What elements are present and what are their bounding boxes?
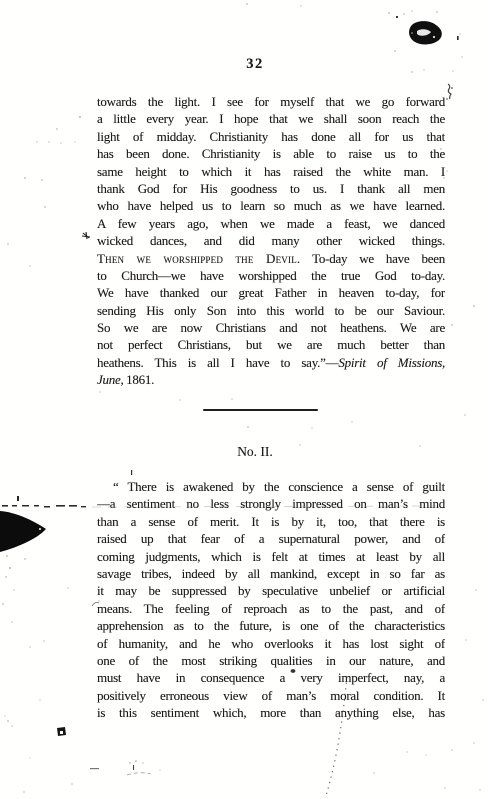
text-line: Then we worshipped the Devil. To-day we … bbox=[97, 250, 445, 267]
text-segment: “ There is awakened by the conscience a … bbox=[113, 479, 445, 494]
small-caps-text: Then we worshipped the Devil. bbox=[97, 251, 300, 266]
text-segment: wicked dances, and did many other wicked… bbox=[97, 233, 445, 248]
text-segment: one of the most striking qualities in ou… bbox=[97, 653, 445, 668]
text-segment: So we are now Christians and not heathen… bbox=[97, 320, 445, 335]
text-line: A few years ago, when we made a feast, w… bbox=[97, 215, 445, 232]
text-line: not perfect Christians, but we are much … bbox=[97, 336, 445, 353]
text-segment: same height to which it has raised the w… bbox=[97, 164, 445, 179]
italic-citation-text: Spirit of Missions, bbox=[338, 355, 445, 370]
text-line: to Church—we have worshipped the true Go… bbox=[97, 267, 445, 284]
text-segment: heathens. This is all I have to say.”— bbox=[97, 355, 338, 370]
text-line: is this sentiment which, more than anyth… bbox=[97, 704, 445, 721]
text-segment: To-day we have been bbox=[300, 251, 445, 266]
text-line: towards the light. I see for myself that… bbox=[97, 93, 445, 110]
text-line: We have thanked our great Father in heav… bbox=[97, 284, 445, 301]
text-line: apprehension as to the future, is one of… bbox=[97, 617, 445, 634]
text-segment: must have in consequence a very imperfec… bbox=[97, 670, 445, 685]
text-segment: has been done. Christianity is able to r… bbox=[97, 146, 445, 161]
text-segment: positively erroneous view of man’s moral… bbox=[97, 688, 445, 703]
book-page: 32 towards the light. I see for myself t… bbox=[0, 0, 488, 799]
text-segment: it may be suppressed by speculative unbe… bbox=[97, 583, 445, 598]
text-line: must have in consequence a very imperfec… bbox=[97, 669, 445, 686]
text-segment: savage tribes, indeed by all mankind, ex… bbox=[97, 566, 445, 581]
text-segment: to Church—we have worshipped the true Go… bbox=[97, 268, 445, 283]
text-line: thank God for His goodness to us. I than… bbox=[97, 180, 445, 197]
text-segment: A few years ago, when we made a feast, w… bbox=[97, 216, 445, 231]
text-line: means. The feeling of reproach as to the… bbox=[97, 600, 445, 617]
text-segment: thank God for His goodness to us. I than… bbox=[97, 181, 445, 196]
text-line: —a sentiment no less strongly impressed … bbox=[97, 495, 445, 512]
text-line: heathens. This is all I have to say.”—Sp… bbox=[97, 354, 445, 371]
text-line: one of the most striking qualities in ou… bbox=[97, 652, 445, 669]
section-divider-rule bbox=[203, 409, 318, 411]
text-segment: —a sentiment no less strongly impressed … bbox=[97, 496, 445, 511]
text-line: it may be suppressed by speculative unbe… bbox=[97, 582, 445, 599]
paragraph-section-two: “ There is awakened by the conscience a … bbox=[97, 478, 445, 721]
text-segment: sending His only Son into this world to … bbox=[97, 303, 445, 318]
text-segment: light of midday. Christianity has done a… bbox=[97, 129, 445, 144]
page-number: 32 bbox=[96, 56, 414, 73]
text-segment: towards the light. I see for myself that… bbox=[97, 94, 445, 109]
text-line: positively erroneous view of man’s moral… bbox=[97, 687, 445, 704]
stamp-mark-artifact bbox=[57, 727, 66, 736]
text-segment: is this sentiment which, more than anyth… bbox=[97, 705, 445, 720]
text-line: coming judgments, which is felt at times… bbox=[97, 548, 445, 565]
asterisk-mark-artifact bbox=[82, 232, 90, 239]
text-line: So we are now Christians and not heathen… bbox=[97, 319, 445, 336]
section-heading: No. II. bbox=[96, 444, 414, 460]
ink-blob-artifact bbox=[396, 16, 442, 45]
text-segment: We have thanked our great Father in heav… bbox=[97, 285, 445, 300]
paragraph-continuation: towards the light. I see for myself that… bbox=[97, 93, 445, 389]
text-segment: coming judgments, which is felt at times… bbox=[97, 549, 445, 564]
text-segment: a little every year. I hope that we shal… bbox=[97, 111, 445, 126]
text-segment: of humanity, and he who overlooks it has… bbox=[97, 636, 445, 651]
text-line: “ There is awakened by the conscience a … bbox=[97, 478, 445, 495]
text-segment: 1861. bbox=[124, 372, 155, 387]
text-line: light of midday. Christianity has done a… bbox=[97, 128, 445, 145]
text-line: same height to which it has raised the w… bbox=[97, 163, 445, 180]
text-line: sending His only Son into this world to … bbox=[97, 302, 445, 319]
text-line: wicked dances, and did many other wicked… bbox=[97, 232, 445, 249]
text-line: of humanity, and he who overlooks it has… bbox=[97, 635, 445, 652]
text-segment: who have helped us to learn so much as w… bbox=[97, 198, 445, 213]
text-segment: not perfect Christians, but we are much … bbox=[97, 337, 445, 352]
text-segment: apprehension as to the future, is one of… bbox=[97, 618, 445, 633]
text-line: a little every year. I hope that we shal… bbox=[97, 110, 445, 127]
text-segment: than a sense of merit. It is by it, too,… bbox=[97, 514, 445, 529]
text-segment: means. The feeling of reproach as to the… bbox=[97, 601, 445, 616]
margin-squiggle-artifact bbox=[446, 84, 453, 100]
text-line: June, 1861. bbox=[97, 371, 445, 388]
text-line: raised up that fear of a supernatural po… bbox=[97, 530, 445, 547]
margin-wedge-artifact bbox=[0, 496, 46, 552]
text-segment: raised up that fear of a supernatural po… bbox=[97, 531, 445, 546]
text-line: than a sense of merit. It is by it, too,… bbox=[97, 513, 445, 530]
text-line: has been done. Christianity is able to r… bbox=[97, 145, 445, 162]
text-line: savage tribes, indeed by all mankind, ex… bbox=[97, 565, 445, 582]
italic-citation-text: June, bbox=[97, 372, 124, 387]
text-line: who have helped us to learn so much as w… bbox=[97, 197, 445, 214]
